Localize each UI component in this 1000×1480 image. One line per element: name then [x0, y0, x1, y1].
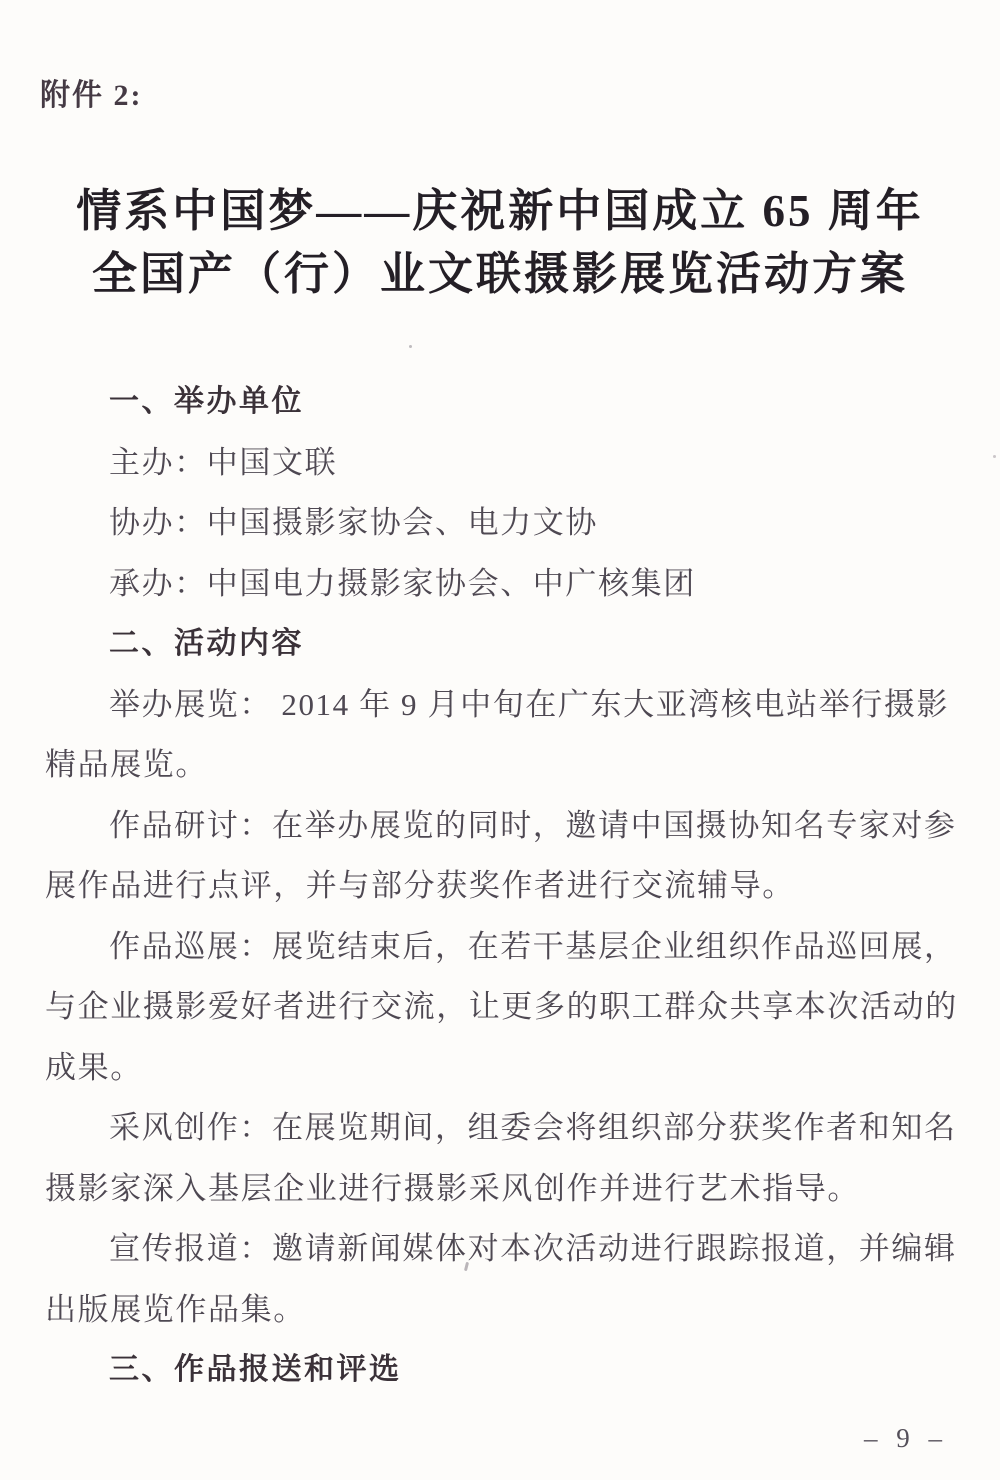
document-page: 附件 2: 情系中国梦——庆祝新中国成立 65 周年 全国产（行）业文联摄影展览…: [0, 0, 1000, 1480]
scan-speck: [993, 455, 996, 458]
section-heading-2: 二、活动内容: [45, 614, 958, 675]
text-line: 与企业摄影爱好者进行交流，让更多的职工群众共享本次活动的: [45, 977, 958, 1038]
text-line: 摄影家深入基层企业进行摄影采风创作并进行艺术指导。: [45, 1159, 958, 1220]
text-line: 展作品进行点评，并与部分获奖作者进行交流辅导。: [45, 856, 958, 917]
scan-speck: [409, 345, 412, 348]
text-line: 宣传报道：邀请新闻媒体对本次活动进行跟踪报道，并编辑: [45, 1219, 958, 1280]
section-heading-1: 一、举办单位: [45, 372, 958, 433]
section-heading-3: 三、作品报送和评选: [45, 1340, 958, 1401]
text-line: 作品研讨：在举办展览的同时，邀请中国摄协知名专家对参: [45, 796, 958, 857]
text-line: 成果。: [45, 1038, 958, 1099]
text-line: 采风创作：在展览期间，组委会将组织部分获奖作者和知名: [45, 1098, 958, 1159]
text-line: 承办：中国电力摄影家协会、中广核集团: [45, 554, 958, 615]
text-line: 主办：中国文联: [45, 433, 958, 494]
text-line: 举办展览： 2014 年 9 月中旬在广东大亚湾核电站举行摄影: [45, 675, 958, 736]
page-number: – 9 –: [864, 1423, 948, 1454]
text-line: 作品巡展：展览结束后，在若干基层企业组织作品巡回展，: [45, 917, 958, 978]
text-line: 出版展览作品集。: [45, 1280, 958, 1341]
text-line: 协办：中国摄影家协会、电力文协: [45, 493, 958, 554]
document-title: 情系中国梦——庆祝新中国成立 65 周年 全国产（行）业文联摄影展览活动方案: [0, 180, 1000, 306]
title-line-1: 情系中国梦——庆祝新中国成立 65 周年: [0, 180, 1000, 243]
attachment-label: 附件 2:: [40, 70, 1000, 114]
document-body: 一、举办单位 主办：中国文联 协办：中国摄影家协会、电力文协 承办：中国电力摄影…: [0, 372, 1000, 1401]
title-line-2: 全国产（行）业文联摄影展览活动方案: [0, 243, 1000, 306]
text-line: 精品展览。: [45, 735, 958, 796]
